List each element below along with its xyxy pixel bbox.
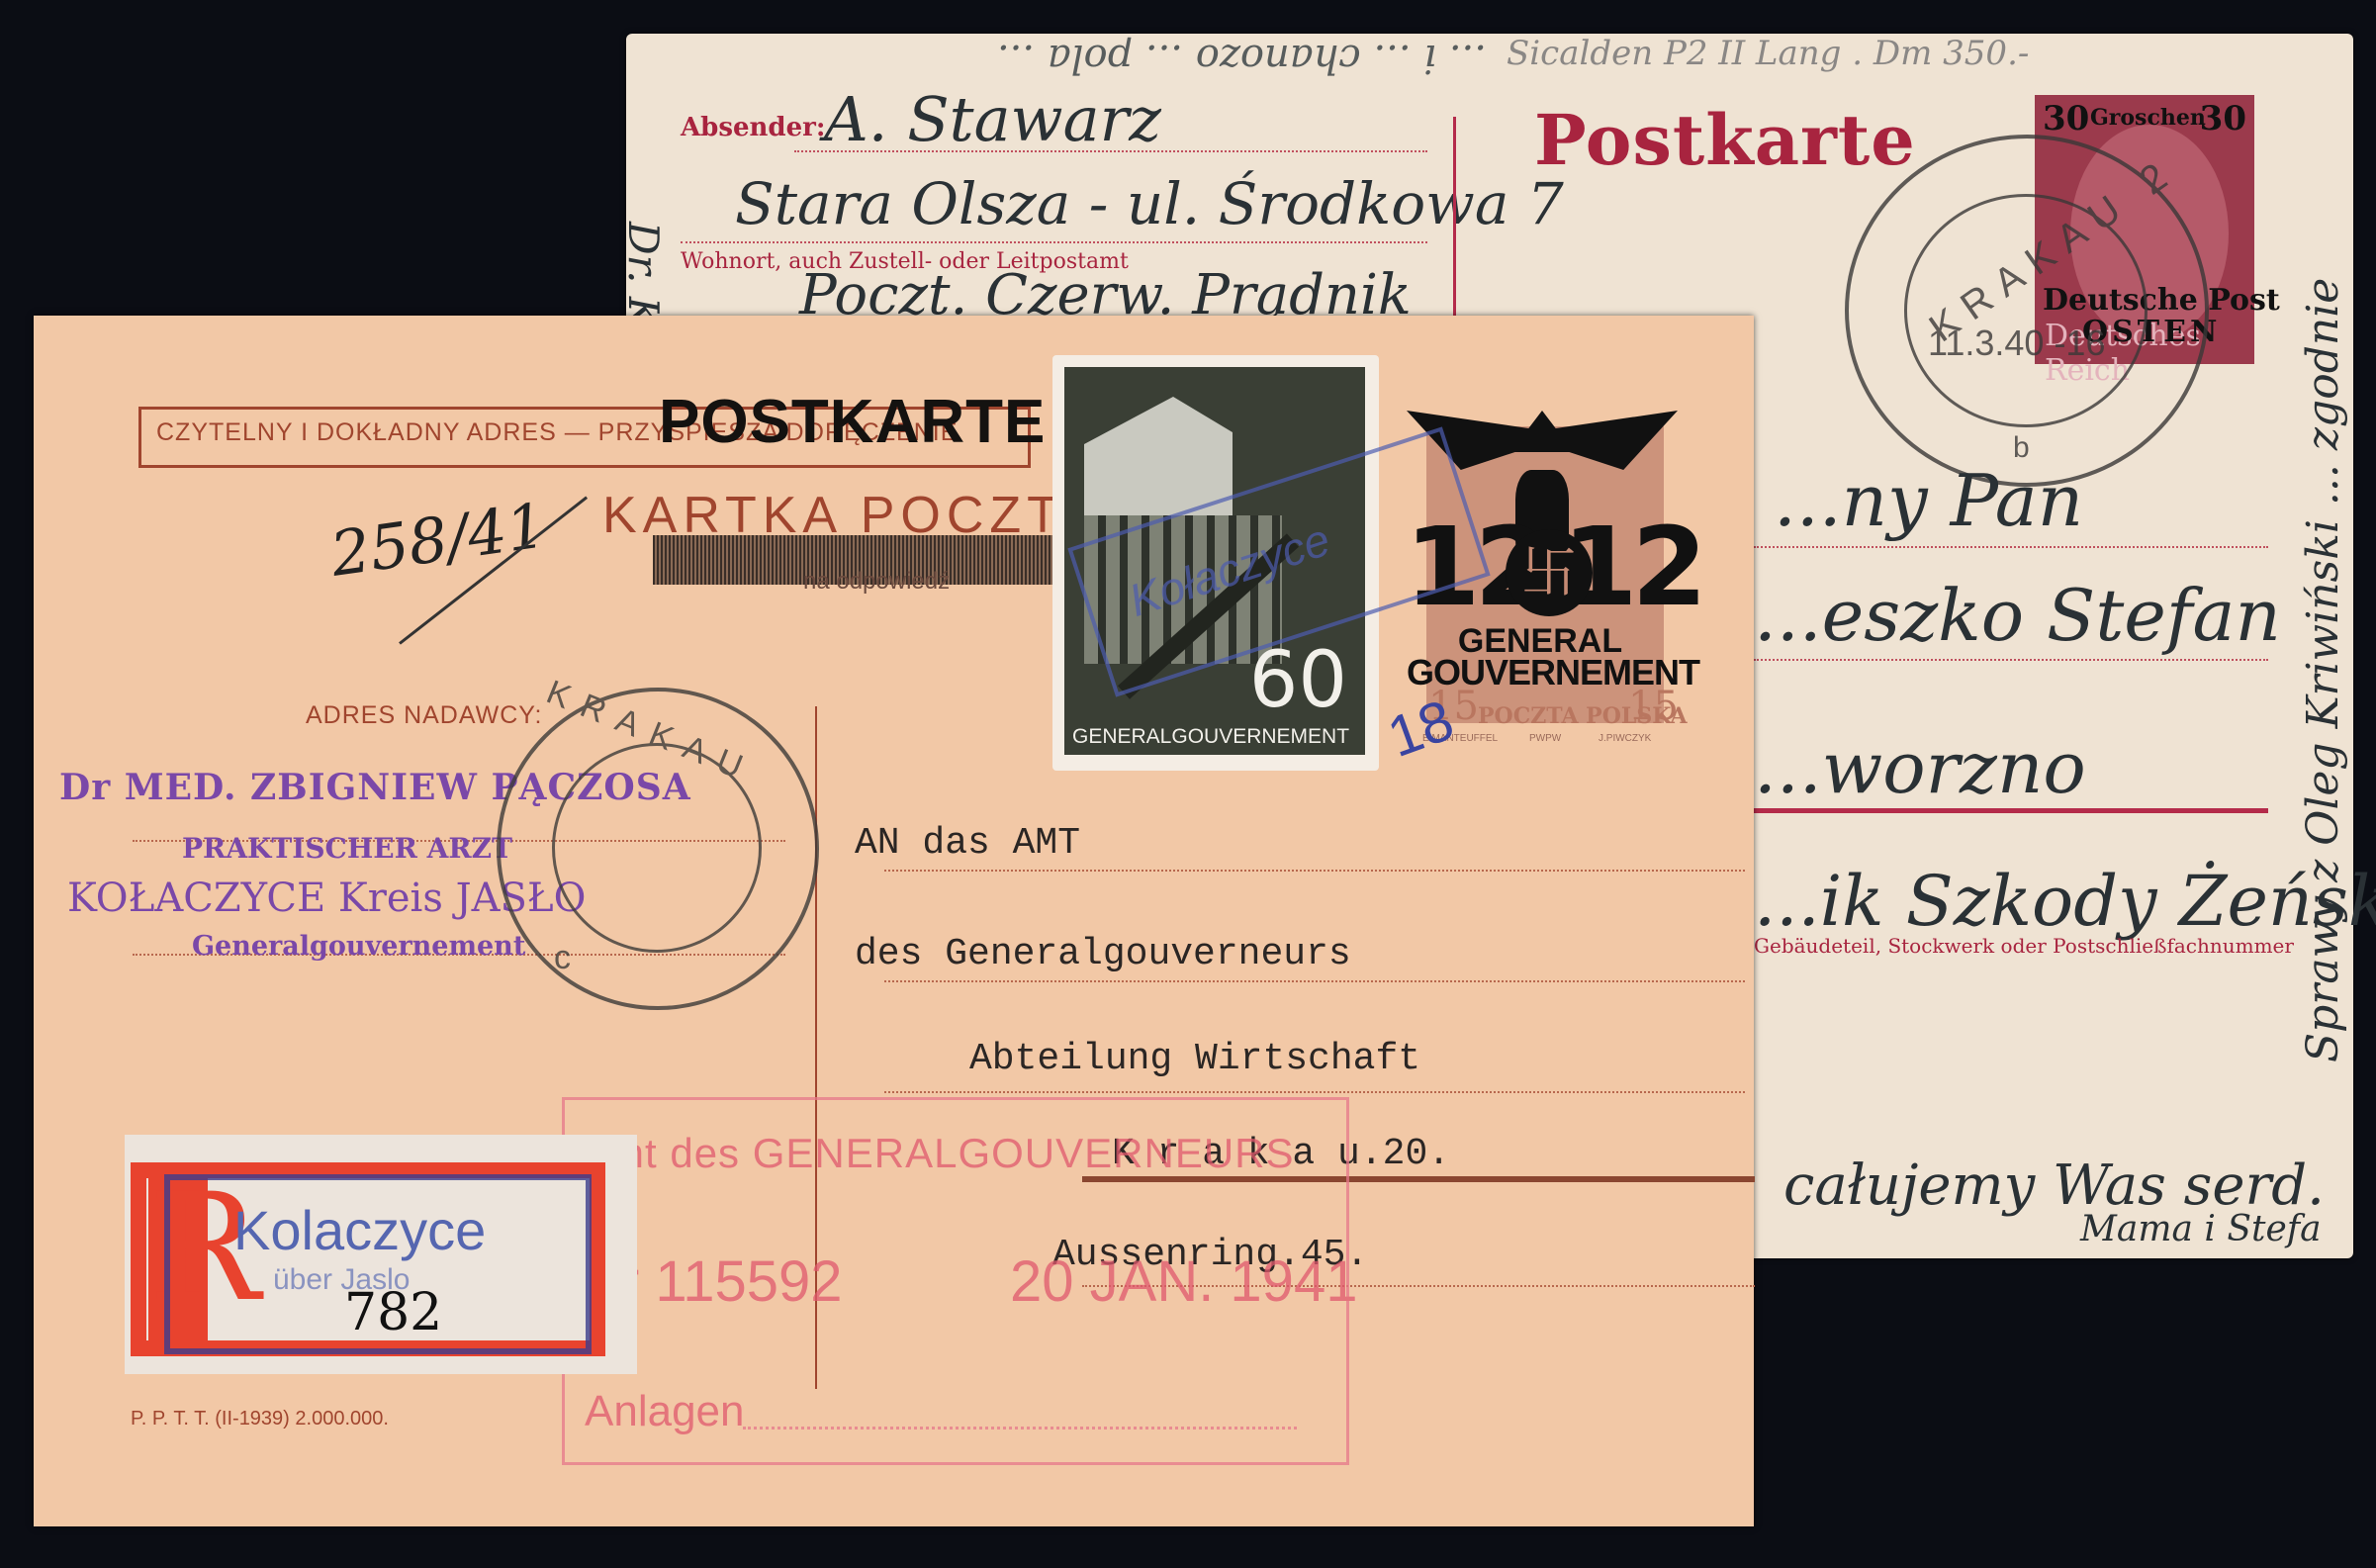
registration-label: R Kolaczyce über Jaslo 782 [125,1135,637,1374]
engraver-credit: J.PIWCZYK [1599,733,1651,744]
sender-stamp-line-2: PRAKTISCHER ARZT [182,832,512,865]
front-card-title: POSTKARTE [659,387,1046,457]
handwriting-right-vertical: Sprawy z Oleg Kriwiński ... zgodnie [2298,73,2348,1062]
recipient-line-2: ...eszko Stefan [1754,574,2281,657]
recipient-line-2: des Generalgouverneurs [855,933,1351,975]
swastika-wreath-icon: 卐 [1506,529,1593,616]
recipient-line-1: ...ny Pan [1774,459,2083,542]
sender-label: Absender: [681,113,825,142]
receipt-stamp-date: 20 JAN. 1941 [1010,1248,1357,1315]
stamp-caption: GENERALGOUVERNEMENT [1072,725,1349,749]
recipient-line-4: ...ik Szkody Żeńskiej [1754,861,2376,942]
receipt-stamp: Amt des GENERALGOUVERNEURS Nr 115592 20 … [562,1097,1349,1465]
postmark-krakau-front: KRAKAU c [497,688,819,1010]
courtyard-sky [1084,397,1233,515]
dotted-line [1754,546,2268,548]
stamp-value-left: 30 [2043,99,2089,138]
sender-label: ADRES NADAWCY: [306,701,543,730]
stamp-value-right: 30 [2200,99,2246,138]
recipient-line-3: Abteilung Wirtschaft [969,1038,1420,1080]
back-card-title: Postkarte [1534,99,1916,181]
recipient-line-1: AN das AMT [855,822,1080,865]
dotted-line [884,980,1745,982]
postmark-letter: c [554,939,571,977]
sender-stamp-line-4: Generalgouvernement [192,931,525,962]
stamp-value: 60 [1249,636,1347,725]
street-label-right: Gebäudeteil, Stockwerk oder Postschließf… [1754,934,2294,958]
dotted-line [884,1091,1745,1093]
pencil-note: Sicalden P2 II Lang . Dm 350.- [1507,34,2029,73]
dotted-line [1754,659,2268,661]
sender-street: Stara Olsza - ul. Środkowa 7 [735,170,1564,237]
recipient-line-3: ...worzno [1754,726,2086,809]
greeting-line-2: Mama i Stefa [2080,1209,2322,1249]
underline-bar [1754,808,2268,813]
printer-imprint: P. P. T. T. (II-1939) 2.000.000. [131,1408,389,1430]
dotted-line [884,870,1745,872]
dotted-line [794,150,1427,152]
postmark-date: 11.3.40 -16 [1928,323,2105,364]
front-postcard: CZYTELNY I DOKŁADNY ADRES — PRZYSPIESZA … [34,316,1754,1526]
receipt-stamp-attachments: Anlagen [585,1387,744,1436]
sender-name: A. Stawarz [824,83,1161,155]
reply-note: na odpowiedź [803,568,950,596]
postmark-krakau: KRAKAU 2 11.3.40 -16 b [1845,135,2209,487]
eagle-icon [1407,411,1678,424]
registration-office: Kolaczyce [233,1198,486,1262]
dotted-line [681,241,1427,243]
registration-number: 782 [344,1283,442,1342]
blue-cancel-text: Kołaczyce [1123,512,1336,627]
handwritten-reference: 258/41 [326,489,550,591]
dotted-line [743,1427,1297,1430]
stamp-unit: Groschen [2090,105,2206,131]
receipt-stamp-title: Amt des GENERALGOUVERNEURS [581,1130,1295,1177]
base-caption: POCZTA POLSKA [1478,703,1688,729]
handwriting-top: ... i ... chanozo ... pola ... [676,36,1487,81]
printer-credit: PWPW [1529,733,1561,744]
